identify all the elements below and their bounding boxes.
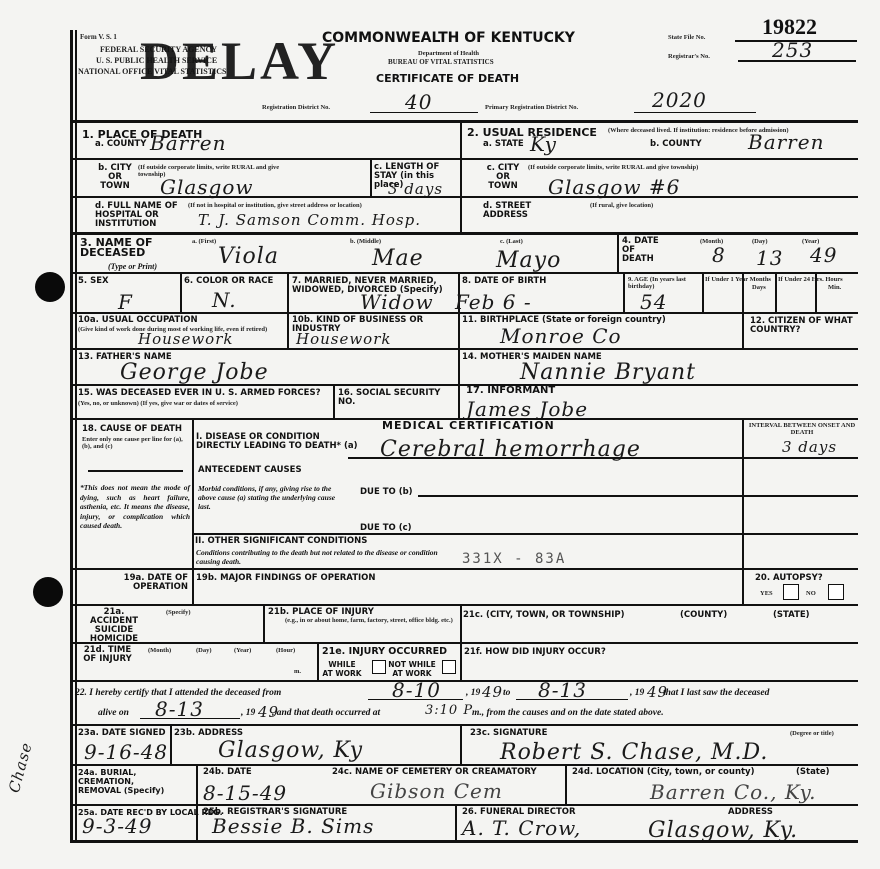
burial-location-value[interactable]: Barren Co., Ky.	[650, 780, 817, 804]
age-min-label: Min.	[828, 284, 841, 291]
ur-county-label: b. COUNTY	[650, 140, 702, 149]
pod-hospital-value[interactable]: T. J. Samson Comm. Hosp.	[198, 211, 421, 229]
binder-hole-top	[35, 272, 65, 302]
year1-value[interactable]: 49	[482, 683, 503, 701]
citizen-label: 12. CITIZEN OF WHAT COUNTRY?	[750, 317, 854, 335]
dod-year-value[interactable]: 49	[810, 243, 837, 267]
age-days-label: Days	[752, 284, 766, 291]
not-while-at-work-label: NOT WHILE AT WORK	[386, 660, 438, 678]
birthplace-value[interactable]: Monroe Co	[500, 324, 622, 348]
age-hours-label: If Under 24 Hrs. Hours	[778, 276, 848, 283]
interval-value[interactable]: 3 days	[782, 438, 837, 456]
while-at-work-checkbox[interactable]	[372, 660, 386, 674]
registration-district-label: Registration District No.	[262, 104, 330, 111]
state-file-number: 19822	[762, 14, 817, 40]
date-signed-value[interactable]: 9-16-48	[84, 740, 168, 764]
form-number: Form V. S. 1	[80, 34, 117, 41]
date-received-value[interactable]: 9-3-49	[82, 814, 152, 838]
race-label: 6. COLOR OR RACE	[184, 277, 273, 286]
while-at-work-label: WHILE AT WORK	[322, 660, 362, 678]
cause-of-death-note: Enter only one cause per line for (a), (…	[82, 436, 190, 450]
race-value[interactable]: N.	[212, 288, 237, 312]
injury-occurred-label: 21e. INJURY OCCURRED	[322, 647, 447, 656]
physician-signature[interactable]: Robert S. Chase, M.D.	[500, 740, 768, 765]
binder-hole-bottom	[33, 577, 63, 607]
injury-year-label: (Year)	[234, 647, 251, 654]
burial-location-label: 24d. LOCATION (City, town, or county)	[572, 768, 754, 777]
not-while-at-work-checkbox[interactable]	[442, 660, 456, 674]
registrar-no-label: Registrar's No.	[668, 53, 710, 60]
place-of-injury-note: (e.g., in or about home, farm, factory, …	[285, 617, 455, 624]
degree-title-label: (Degree or title)	[790, 730, 834, 737]
accident-label: 21a. ACCIDENT SUICIDE HOMICIDE	[80, 608, 148, 644]
autopsy-yes-label: YES	[760, 590, 773, 597]
delay-stamp: DELAY	[140, 30, 339, 92]
armed-forces-label: 15. WAS DECEASED EVER IN U. S. ARMED FOR…	[78, 389, 321, 398]
autopsy-label: 20. AUTOPSY?	[755, 574, 823, 583]
year3-prefix: , 19	[241, 709, 255, 718]
injury-state-label: (STATE)	[773, 611, 810, 620]
ur-street-note: (If rural, give location)	[590, 202, 653, 209]
state-file-label: State File No.	[668, 34, 705, 41]
other-conditions-value[interactable]: 331X - 83A	[462, 551, 566, 567]
occupation-label: 10a. USUAL OCCUPATION	[78, 316, 198, 325]
pod-city-label: b. CITY OR TOWN	[95, 164, 135, 191]
ur-street-label: d. STREET ADDRESS	[483, 202, 543, 220]
armed-forces-note: (Yes, no, or unknown) (If yes, give war …	[78, 400, 238, 407]
to-word: to	[503, 689, 510, 698]
autopsy-yes-checkbox[interactable]	[783, 584, 799, 600]
interval-label: INTERVAL BETWEEN ONSET AND DEATH	[748, 422, 856, 436]
marital-status-value[interactable]: Widow	[360, 290, 434, 314]
disease-label: I. DISEASE OR CONDITION DIRECTLY LEADING…	[196, 433, 366, 451]
burial-date-value[interactable]: 8-15-49	[203, 781, 287, 805]
age-value[interactable]: 54	[640, 290, 667, 314]
bureau: BUREAU OF VITAL STATISTICS	[388, 59, 494, 66]
pod-county-label: a. COUNTY	[95, 140, 146, 149]
due-to-c-label: DUE TO (c)	[360, 524, 412, 533]
injury-m-label: m.	[294, 668, 301, 675]
occupation-value[interactable]: Housework	[138, 330, 233, 348]
primary-district-value: 2020	[652, 88, 707, 112]
certifier-address-value[interactable]: Glasgow, Ky	[218, 738, 363, 763]
alive-on-label: alive on	[98, 709, 129, 718]
left-border	[70, 30, 73, 842]
pod-county-value[interactable]: Barren	[150, 131, 226, 155]
pod-hospital-label: d. FULL NAME OF HOSPITAL OR INSTITUTION	[95, 202, 185, 229]
death-time-value[interactable]: 3:10 P	[425, 703, 473, 718]
injury-month-label: (Month)	[148, 647, 171, 654]
ur-state-value[interactable]: Ky	[530, 132, 557, 156]
mother-name-value[interactable]: Nannie Bryant	[520, 360, 696, 385]
operation-findings-label: 19b. MAJOR FINDINGS OF OPERATION	[196, 574, 376, 583]
cause-of-death-label: 18. CAUSE OF DEATH	[82, 425, 182, 434]
year2-prefix: , 19	[630, 689, 644, 698]
ssn-label: 16. SOCIAL SECURITY NO.	[338, 389, 456, 407]
dod-day-label: (Day)	[752, 238, 768, 245]
signature-label: 23c. SIGNATURE	[470, 729, 547, 738]
first-name-value[interactable]: Viola	[218, 244, 279, 269]
injury-county-label: (COUNTY)	[680, 611, 727, 620]
primary-district-label: Primary Registration District No.	[485, 104, 578, 111]
date-of-death-label: 4. DATE OF DEATH	[622, 237, 662, 264]
due-to-b-label: DUE TO (b)	[360, 488, 413, 497]
ur-city-note: (If outside corporate limits, write RURA…	[528, 164, 698, 171]
cemetery-value[interactable]: Gibson Cem	[370, 779, 503, 803]
how-injury-label: 21f. HOW DID INJURY OCCUR?	[464, 648, 606, 657]
certificate-title: CERTIFICATE OF DEATH	[376, 72, 519, 85]
age-label: 9. AGE (In years last birthday)	[628, 276, 708, 290]
ur-county-value[interactable]: Barren	[748, 130, 824, 154]
last-name-label: c. (Last)	[500, 238, 523, 245]
father-name-value[interactable]: George Jobe	[120, 360, 269, 385]
certifier-address-label: 23b. ADDRESS	[174, 729, 243, 738]
registrar-no-value: 253	[772, 38, 813, 62]
department: Department of Health	[418, 50, 479, 57]
margin-note: Chase	[5, 740, 36, 795]
injury-hour-label: (Hour)	[276, 647, 295, 654]
ur-state-label: a. STATE	[483, 140, 524, 149]
deceased-name-label: 3. NAME OF DECEASED	[80, 238, 160, 258]
age-months-label: If Under 1 Year Months	[705, 276, 773, 283]
year1-prefix: , 19	[466, 689, 480, 698]
autopsy-no-checkbox[interactable]	[828, 584, 844, 600]
sex-label: 5. SEX	[78, 277, 109, 286]
injury-day-label: (Day)	[196, 647, 212, 654]
dod-month-value[interactable]: 8	[712, 243, 726, 267]
antecedent-causes-label: ANTECEDENT CAUSES	[198, 466, 302, 475]
other-conditions-note: Conditions contributing to the death but…	[196, 548, 446, 566]
dod-day-value[interactable]: 13	[756, 246, 783, 270]
autopsy-no-label: NO	[806, 590, 816, 597]
other-conditions-label: II. OTHER SIGNIFICANT CONDITIONS	[195, 537, 367, 546]
burial-label: 24a. BURIAL, CREMATION, REMOVAL (Specify…	[78, 768, 170, 795]
operation-date-label: 19a. DATE OF OPERATION	[80, 574, 188, 592]
accident-specify: (Specify)	[166, 609, 191, 616]
document-title: COMMONWEALTH OF KENTUCKY	[322, 30, 575, 46]
business-value[interactable]: Housework	[296, 330, 391, 348]
funeral-director-value[interactable]: A. T. Crow,	[462, 816, 581, 840]
place-of-injury-label: 21b. PLACE OF INJURY	[268, 608, 374, 617]
middle-name-value[interactable]: Mae	[372, 246, 424, 271]
burial-date-label: 24b. DATE	[203, 768, 252, 777]
left-border-inner	[75, 30, 77, 842]
cause-footnote: *This does not mean the mode of dying, s…	[80, 483, 190, 531]
certify-text-4: m., from the causes and on the date stat…	[472, 709, 664, 718]
certify-text-3: , and that death occurred at	[272, 709, 380, 718]
antecedent-note: Morbid conditions, if any, giving rise t…	[198, 484, 348, 511]
cemetery-label: 24c. NAME OF CEMETERY OR CREAMATORY	[332, 768, 537, 777]
date-signed-label: 23a. DATE SIGNED	[78, 729, 166, 738]
medical-certification-heading: MEDICAL CERTIFICATION	[382, 421, 555, 430]
certify-text-2: that I last saw the deceased	[663, 689, 769, 698]
deceased-name-note: (Type or Print)	[108, 262, 157, 271]
first-name-label: a. (First)	[192, 238, 216, 245]
date-of-birth-value[interactable]: Feb 6 -	[455, 290, 532, 314]
registrar-signature-value[interactable]: Bessie B. Sims	[212, 814, 374, 838]
registration-district-value: 40	[405, 90, 432, 114]
burial-state-label: (State)	[796, 768, 830, 777]
pod-hospital-note: (If not in hospital or institution, give…	[188, 202, 362, 209]
time-of-injury-label: 21d. TIME OF INJURY	[80, 646, 135, 664]
middle-name-label: b. (Middle)	[350, 238, 381, 245]
last-name-value[interactable]: Mayo	[496, 248, 561, 273]
informant-label: 17. INFORMANT	[466, 386, 555, 395]
ur-city-label: c. CITY OR TOWN	[483, 164, 523, 191]
funeral-address-label: ADDRESS	[728, 808, 773, 817]
injury-city-label: 21c. (CITY, TOWN, OR TOWNSHIP)	[463, 611, 625, 620]
sex-value[interactable]: F	[118, 290, 133, 314]
date-of-birth-label: 8. DATE OF BIRTH	[462, 277, 546, 286]
